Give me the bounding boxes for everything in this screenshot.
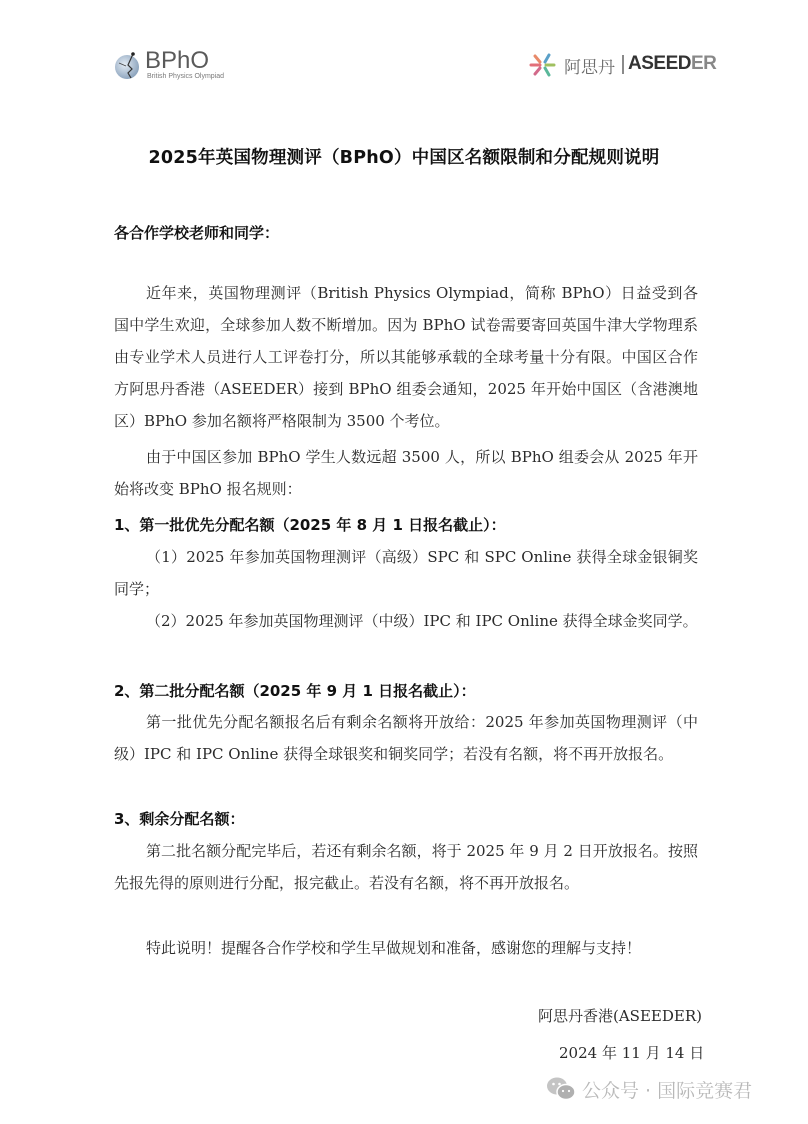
watermark-text: 公众号 · 国际竞赛君 xyxy=(582,1076,752,1103)
bpho-logo-text: BPhO xyxy=(145,48,209,74)
document-title: 2025年英国物理测评（BPhO）中国区名额限制和分配规则说明 xyxy=(0,144,808,169)
document-date: 2024 年 11 月 14 日 xyxy=(559,1042,704,1063)
bpho-logo: BPhO British Physics Olympiad xyxy=(113,47,233,83)
section-3-item-1: 第二批名额分配完毕后，若还有剩余名额，将于 2025 年 9 月 2 日开放报名… xyxy=(114,835,698,899)
intro-paragraph: 近年来，英国物理测评（British Physics Olympiad，简称 B… xyxy=(114,277,698,437)
closing-remark: 特此说明！提醒各合作学校和学生早做规划和准备，感谢您的理解与支持！ xyxy=(114,932,698,964)
salutation: 各合作学校老师和同学： xyxy=(114,222,279,243)
section-1-item-1: （1）2025 年参加英国物理测评（高级）SPC 和 SPC Online 获得… xyxy=(114,541,698,605)
aseeder-logo: 阿思丹 ASEEDER xyxy=(528,50,708,80)
bpho-logo-subtitle: British Physics Olympiad xyxy=(147,73,224,80)
aseeder-mark-icon xyxy=(528,52,556,78)
aseeder-logo-chinese: 阿思丹 xyxy=(564,53,615,78)
section-1-item-2: （2）2025 年参加英国物理测评（中级）IPC 和 IPC Online 获得… xyxy=(114,605,698,637)
aseeder-logo-bold: ASEED xyxy=(628,53,691,74)
wechat-icon xyxy=(546,1076,576,1102)
section-2-heading: 2、第二批分配名额（2025 年 9 月 1 日报名截止）： xyxy=(114,680,476,701)
logo-divider xyxy=(622,55,624,74)
bpho-globe-icon xyxy=(113,51,143,81)
section-2-item-1: 第一批优先分配名额报名后有剩余名额将开放给：2025 年参加英国物理测评（中级）… xyxy=(114,706,698,770)
aseeder-logo-light: ER xyxy=(691,53,716,74)
wechat-watermark: 公众号 · 国际竞赛君 xyxy=(546,1074,752,1104)
aseeder-logo-english: ASEEDER xyxy=(628,53,716,75)
section-3-heading: 3、剩余分配名额： xyxy=(114,808,244,829)
rule-change-paragraph: 由于中国区参加 BPhO 学生人数远超 3500 人，所以 BPhO 组委会从 … xyxy=(114,441,698,505)
section-1-heading: 1、第一批优先分配名额（2025 年 8 月 1 日报名截止）： xyxy=(114,514,506,535)
signature: 阿思丹香港(ASEEDER) xyxy=(538,1005,702,1026)
